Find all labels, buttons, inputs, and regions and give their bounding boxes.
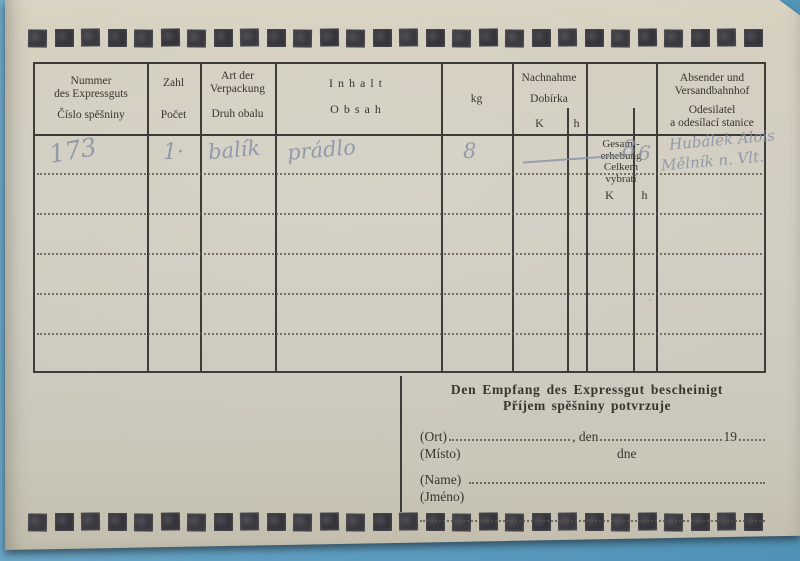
handwritten-dash	[523, 155, 623, 164]
receipt-divider-line	[400, 376, 402, 512]
perforation-square	[346, 29, 365, 47]
header-cell-inhalt: Inhalt Obsah	[275, 64, 441, 136]
perforation-square	[81, 512, 100, 530]
perforation-square	[744, 29, 763, 47]
perforation-square	[160, 512, 179, 530]
header-label: Inhalt	[329, 77, 387, 90]
dotted-blank-ort	[449, 439, 570, 441]
handwritten-kg: 8	[463, 139, 476, 163]
header-label: Absender und	[680, 72, 744, 85]
header-label-cs: Odesilatel	[689, 104, 736, 117]
perforation-square	[558, 28, 577, 46]
header-cell-kg: kg	[441, 64, 512, 136]
header-label-cs: Druh obalu	[211, 108, 263, 121]
subheader-k: K	[512, 116, 567, 131]
perforation-square	[214, 29, 233, 47]
perforation-square	[134, 513, 153, 531]
name-label: (Name)	[420, 472, 461, 488]
handwritten-gesamt-h: 6	[638, 141, 651, 165]
perforation-square	[717, 28, 736, 46]
ort-den-line: (Ort) , den 19	[407, 428, 767, 445]
header-cell-nummer: Nummer des Expressguts Číslo spěšniny	[35, 64, 147, 136]
header-label-cs: a odesílací stanice	[670, 117, 754, 130]
year-prefix: 19	[724, 429, 738, 445]
perforation-square	[664, 29, 683, 47]
perforation-square	[373, 29, 392, 47]
receipt-title-cs: Příjem spěšniny potvrzuje	[407, 398, 767, 414]
perforation-square	[240, 28, 259, 46]
dotted-blank-name	[469, 482, 765, 484]
perforation-square	[319, 512, 338, 530]
header-label: Nummer	[71, 75, 112, 88]
header-label-cs: Číslo spěšniny	[57, 109, 124, 122]
handwritten-inhalt: prádlo	[286, 135, 357, 165]
header-cell-nachnahme: Nachnahme Dobírka K h	[512, 64, 586, 136]
perforation-square	[585, 29, 604, 47]
header-cell-verpackung: Art der Verpackung Druh obalu	[200, 64, 275, 136]
perforation-square	[611, 29, 630, 47]
perforation-square	[187, 29, 206, 47]
perforation-strip-top	[28, 29, 763, 47]
perforation-square	[267, 513, 286, 531]
perforation-square	[478, 28, 497, 46]
subheader-h: h	[567, 116, 586, 131]
perforation-square	[426, 29, 445, 47]
perforation-square	[452, 29, 471, 47]
jmeno-line: (Jméno)	[407, 488, 767, 505]
paper-shadow-wrap: Nummer des Expressguts Číslo spěšniny Za…	[0, 0, 800, 561]
header-label: des Expressguts	[54, 88, 128, 101]
perforation-square	[134, 29, 153, 47]
perforation-square	[267, 29, 286, 47]
header-label-cs: Počet	[161, 109, 187, 122]
header-label: Nachnahme	[522, 72, 577, 85]
perforation-square	[505, 29, 524, 47]
header-label-cs: Obsah	[330, 103, 386, 116]
perforation-square	[293, 29, 312, 47]
perforation-square	[28, 29, 47, 47]
perforation-square	[373, 513, 392, 531]
header-label: Versandbahnhof	[675, 85, 750, 98]
dotted-blank-den	[600, 439, 721, 441]
expressgut-table: Nummer des Expressguts Číslo spěšniny Za…	[33, 62, 766, 373]
header-label: Art der	[221, 70, 254, 83]
perforation-square	[637, 28, 656, 46]
header-cell-zahl: Zahl Počet	[147, 64, 200, 136]
perforation-square	[108, 29, 127, 47]
scanned-expressgut-form: Nummer des Expressguts Číslo spěšniny Za…	[0, 0, 800, 561]
perforation-square	[55, 513, 74, 531]
handwritten-gesamt-k: 8	[622, 137, 636, 162]
jmeno-label: (Jméno)	[420, 489, 464, 505]
perforation-square	[532, 29, 551, 47]
den-label: , den	[572, 429, 598, 445]
dne-label: dne	[617, 446, 637, 462]
name-line: (Name)	[407, 471, 767, 488]
header-cell-absender: Absender und Versandbahnhof Odesilatel a…	[656, 64, 768, 136]
perforation-square	[187, 513, 206, 531]
header-label: kg	[471, 93, 483, 106]
misto-label: (Místo)	[420, 446, 461, 462]
perforation-square	[293, 513, 312, 531]
ort-label: (Ort)	[420, 429, 447, 445]
misto-dne-line: (Místo) dne	[407, 445, 767, 462]
signature-line	[407, 509, 767, 526]
dotted-blank-year	[739, 439, 765, 441]
header-label-cs: Dobírka	[530, 93, 568, 106]
dotted-blank-signature	[420, 520, 765, 522]
receipt-block: Den Empfang des Expressgut bescheinigt P…	[407, 382, 767, 526]
perforation-square	[81, 28, 100, 46]
receipt-title-de: Den Empfang des Expressgut bescheinigt	[407, 382, 767, 398]
perforation-square	[240, 512, 259, 530]
k-h-subheader: K h	[512, 116, 586, 134]
header-label: Verpackung	[210, 83, 265, 96]
perforation-square	[346, 513, 365, 531]
perforation-square	[55, 29, 74, 47]
form-paper: Nummer des Expressguts Číslo spěšniny Za…	[5, 0, 800, 550]
perforation-square	[108, 513, 127, 531]
handwritten-zahl: 1·	[163, 140, 184, 165]
perforation-square	[399, 28, 418, 46]
perforation-square	[319, 28, 338, 46]
handwritten-verpackung: balík	[207, 136, 261, 164]
header-label: Zahl	[163, 77, 184, 90]
perforation-square	[691, 29, 710, 47]
handwritten-nummer: 173	[47, 132, 99, 169]
perforation-square	[28, 513, 47, 531]
entry-row: 173 1· balík prádlo 8 8 6 Hubálek Alois …	[35, 136, 768, 371]
perforation-square	[214, 513, 233, 531]
perforation-square	[160, 28, 179, 46]
